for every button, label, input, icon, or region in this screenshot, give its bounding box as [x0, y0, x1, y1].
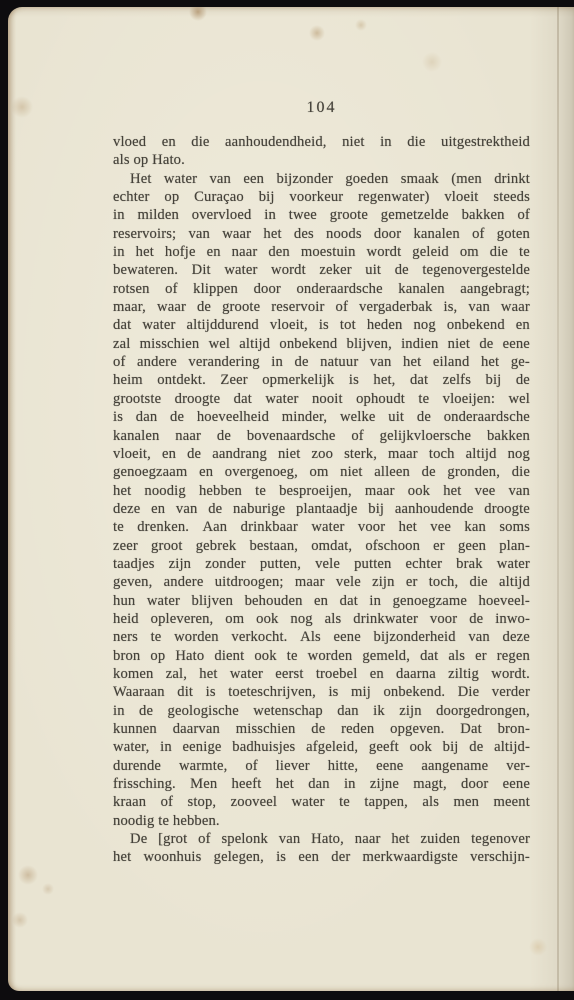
- text-line: datwateraltijddurendvloeit,istothedennog…: [113, 317, 530, 335]
- text-line: hetwoonhuisgelegen,iseendermerkwaardigst…: [113, 849, 530, 867]
- page-number: 104: [113, 99, 530, 119]
- text-line: Hetwatervaneenbijzondergoedensmaak(mendr…: [113, 171, 530, 189]
- text-line: bewateren.Ditwaterwordtzekeruitdetegenov…: [113, 262, 530, 280]
- text-line: De[grotofspelonkvanHato,naarhetzuidenteg…: [113, 831, 530, 849]
- text-line: maar,waardegrootereservoirofvergaderbaki…: [113, 299, 530, 317]
- text-line: taadjeszijnzonderputten,veleputtenechter…: [113, 556, 530, 574]
- text-line: kanalennaardebovenaardscheofgelijkvloers…: [113, 428, 530, 446]
- text-line: water,ineenigebadhuisjesafgeleid,geeftoo…: [113, 739, 530, 757]
- text-line: rotsenofklippendooronderaardschekanalena…: [113, 281, 530, 299]
- text-line: hetnoodighebbentebesproeijen,maarookhetv…: [113, 483, 530, 501]
- text-line: kraanofstop,zooveelwatertetappen,alsmenm…: [113, 794, 530, 812]
- text-line: vloedendieaanhoudendheid,nietindieuitges…: [113, 134, 530, 152]
- text-line: echteropCuraçaobijvoorkeurregenwater)vlo…: [113, 189, 530, 207]
- text-line: ofandereveranderingindenatuurvanheteilan…: [113, 354, 530, 372]
- text-line: dezeenvandenaburigeplantaadjebijaanhoude…: [113, 501, 530, 519]
- book-page: 104 vloedendieaanhoudendheid,nietindieui…: [8, 7, 574, 991]
- page-text: vloedendieaanhoudendheid,nietindieuitges…: [113, 134, 530, 868]
- text-line: noodig te hebben.: [113, 813, 530, 831]
- text-line: Waaraanditistoeteschrijven,ismijonbekend…: [113, 684, 530, 702]
- text-line: heidopleveren,omooknogalsdrinkwatervoord…: [113, 611, 530, 629]
- text-line: als op Hato.: [113, 152, 530, 170]
- text-line: kunnendaarvanmisschienderedenopgeven.Dat…: [113, 721, 530, 739]
- text-line: tedrenken.Aandrinkbaarwatervoorhetveekan…: [113, 519, 530, 537]
- text-line: vloeit,endeaandrangnietzoosterk,maartoch…: [113, 446, 530, 464]
- text-line: komenzal,hetwatereersttroebelendaarnazil…: [113, 666, 530, 684]
- text-column: 104 vloedendieaanhoudendheid,nietindieui…: [113, 99, 530, 868]
- text-line: zeergrootgebrekbestaan,omdat,ofschoonerg…: [113, 538, 530, 556]
- text-line: durendewarmte,oflieverhitte,eeneaangenam…: [113, 758, 530, 776]
- text-line: heimontdekt.Zeeropmerkelijkishet,datzelf…: [113, 372, 530, 390]
- text-line: geven,andereuitdroogen;maarvelezijnertoc…: [113, 574, 530, 592]
- text-line: hunwaterblijvenbehoudenendatingenoegzame…: [113, 593, 530, 611]
- text-line: zalmisschienwelaltijdonbekendblijven,ind…: [113, 336, 530, 354]
- text-line: indegeologischewetenschapdanikzijndoorge…: [113, 703, 530, 721]
- text-line: inmildenovervloedintweegrootegemetzeldeb…: [113, 207, 530, 225]
- text-line: frissching.Menheefthetdaninzijnemagt,doo…: [113, 776, 530, 794]
- text-line: isdandehoeveelheidminder,welkeuitdeonder…: [113, 409, 530, 427]
- page-crease: [557, 7, 559, 991]
- text-line: grootstedroogtedatwaternooitophoudttevlo…: [113, 391, 530, 409]
- text-line: reservoirs;vanwaarhetdesnoodsdoorkanalen…: [113, 226, 530, 244]
- text-line: genoegzaamenovergenoeg,omnietalleendegro…: [113, 464, 530, 482]
- scan-background: 104 vloedendieaanhoudendheid,nietindieui…: [0, 0, 574, 1000]
- text-line: nerstewordenverkocht.Alseenebijzonderhei…: [113, 629, 530, 647]
- text-line: bronopHatodientooktewordengemeld,datalse…: [113, 648, 530, 666]
- text-line: inhethofjeennaardenmoestuinwordtgeleidom…: [113, 244, 530, 262]
